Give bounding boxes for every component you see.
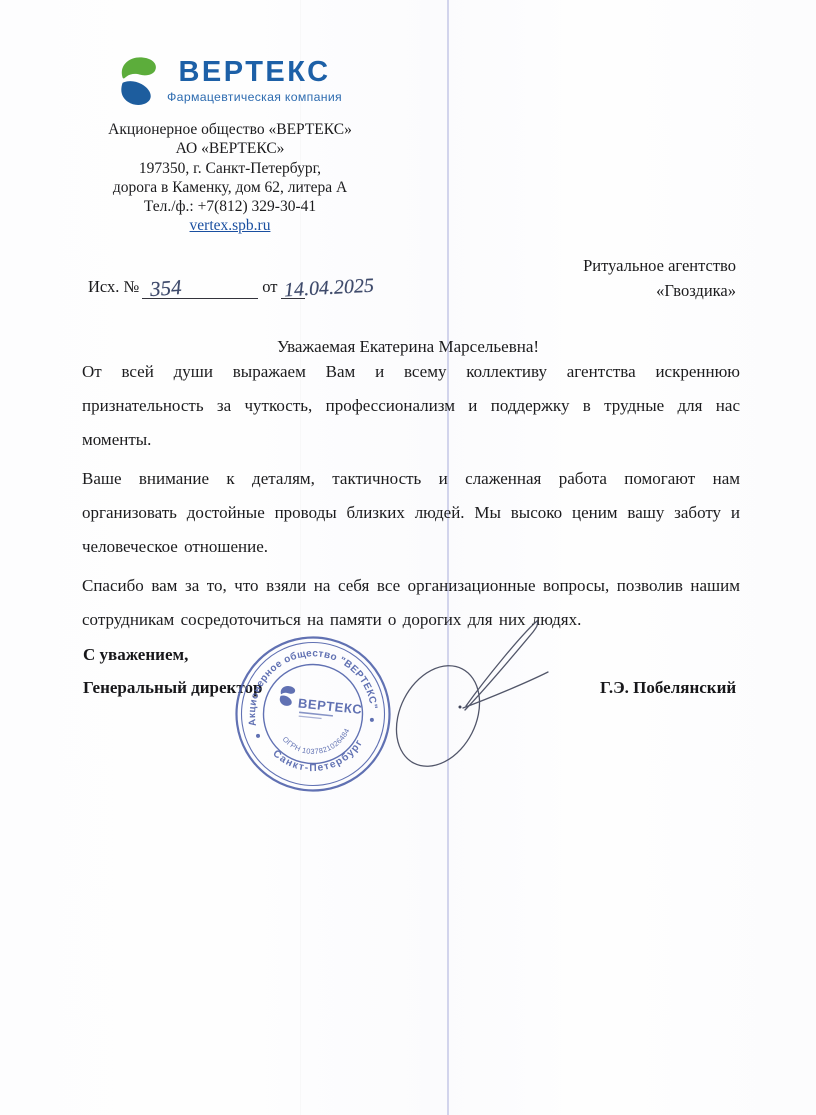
svg-text:ОГРН 1037821026484: ОГРН 1037821026484 xyxy=(280,726,354,761)
brand-tagline: Фармацевтическая компания xyxy=(167,90,342,104)
handwritten-outgoing-number: 354 xyxy=(149,275,182,302)
company-line-street: дорога в Каменку, дом 62, литера А xyxy=(30,178,430,197)
document-scan-page: ВЕРТЕКС Фармацевтическая компания Акцион… xyxy=(0,0,816,1115)
company-line-short-name: АО «ВЕРТЕКС» xyxy=(30,139,430,158)
company-stamp-seal: Акционерное общество "ВЕРТЕКС" Санкт-Пет… xyxy=(223,624,404,805)
svg-text:Санкт-Петербург: Санкт-Петербург xyxy=(269,736,369,780)
closing-phrase: С уважением, xyxy=(83,645,188,665)
company-line-postal: 197350, г. Санкт-Петербург, xyxy=(30,159,430,178)
vertex-logo: ВЕРТЕКС Фармацевтическая компания xyxy=(118,55,342,107)
letter-paragraph-2: Ваше внимание к деталям, тактичность и с… xyxy=(82,462,740,564)
signer-title: Генеральный директор xyxy=(83,678,262,698)
outgoing-number-blank: 354 xyxy=(142,276,258,299)
brand-name: ВЕРТЕКС xyxy=(178,58,330,87)
stamp-logo-icon xyxy=(279,685,295,706)
letter-paragraph-1: От всей души выражаем Вам и всему коллек… xyxy=(82,355,740,457)
recipient-line-1: Ритуальное агентство xyxy=(583,253,736,278)
stamp-center-brand: ВЕРТЕКС xyxy=(297,695,363,717)
stamp-ring-bottom-text: Санкт-Петербург xyxy=(269,736,369,780)
letter-paragraph-3: Спасибо вам за то, что взяли на себя все… xyxy=(82,569,740,637)
outgoing-reference-row: Исх. № 354 от 14.04.2025 xyxy=(88,276,305,299)
letter-body: От всей души выражаем Вам и всему коллек… xyxy=(82,355,740,642)
date-blank: 14.04.2025 xyxy=(281,276,305,299)
outgoing-number-label: Исх. № xyxy=(88,277,139,299)
salutation: Уважаемая Екатерина Марсельевна! xyxy=(0,337,816,357)
recipient-line-2: «Гвоздика» xyxy=(583,278,736,303)
signer-name: Г.Э. Побелянский xyxy=(600,678,736,698)
company-line-full-name: Акционерное общество «ВЕРТЕКС» xyxy=(30,120,430,139)
handwritten-date: 14.04.2025 xyxy=(283,275,374,303)
letterhead: ВЕРТЕКС Фармацевтическая компания Акцион… xyxy=(30,55,430,236)
website-link[interactable]: vertex.spb.ru xyxy=(190,217,271,234)
recipient-block: Ритуальное агентство «Гвоздика» xyxy=(583,253,736,303)
stamp-ogrn-text: ОГРН 1037821026484 xyxy=(280,726,354,761)
date-preposition: от xyxy=(262,277,277,299)
company-line-phone: Тел./ф.: +7(812) 329-30-41 xyxy=(30,197,430,216)
vertex-logo-icon xyxy=(118,55,158,107)
